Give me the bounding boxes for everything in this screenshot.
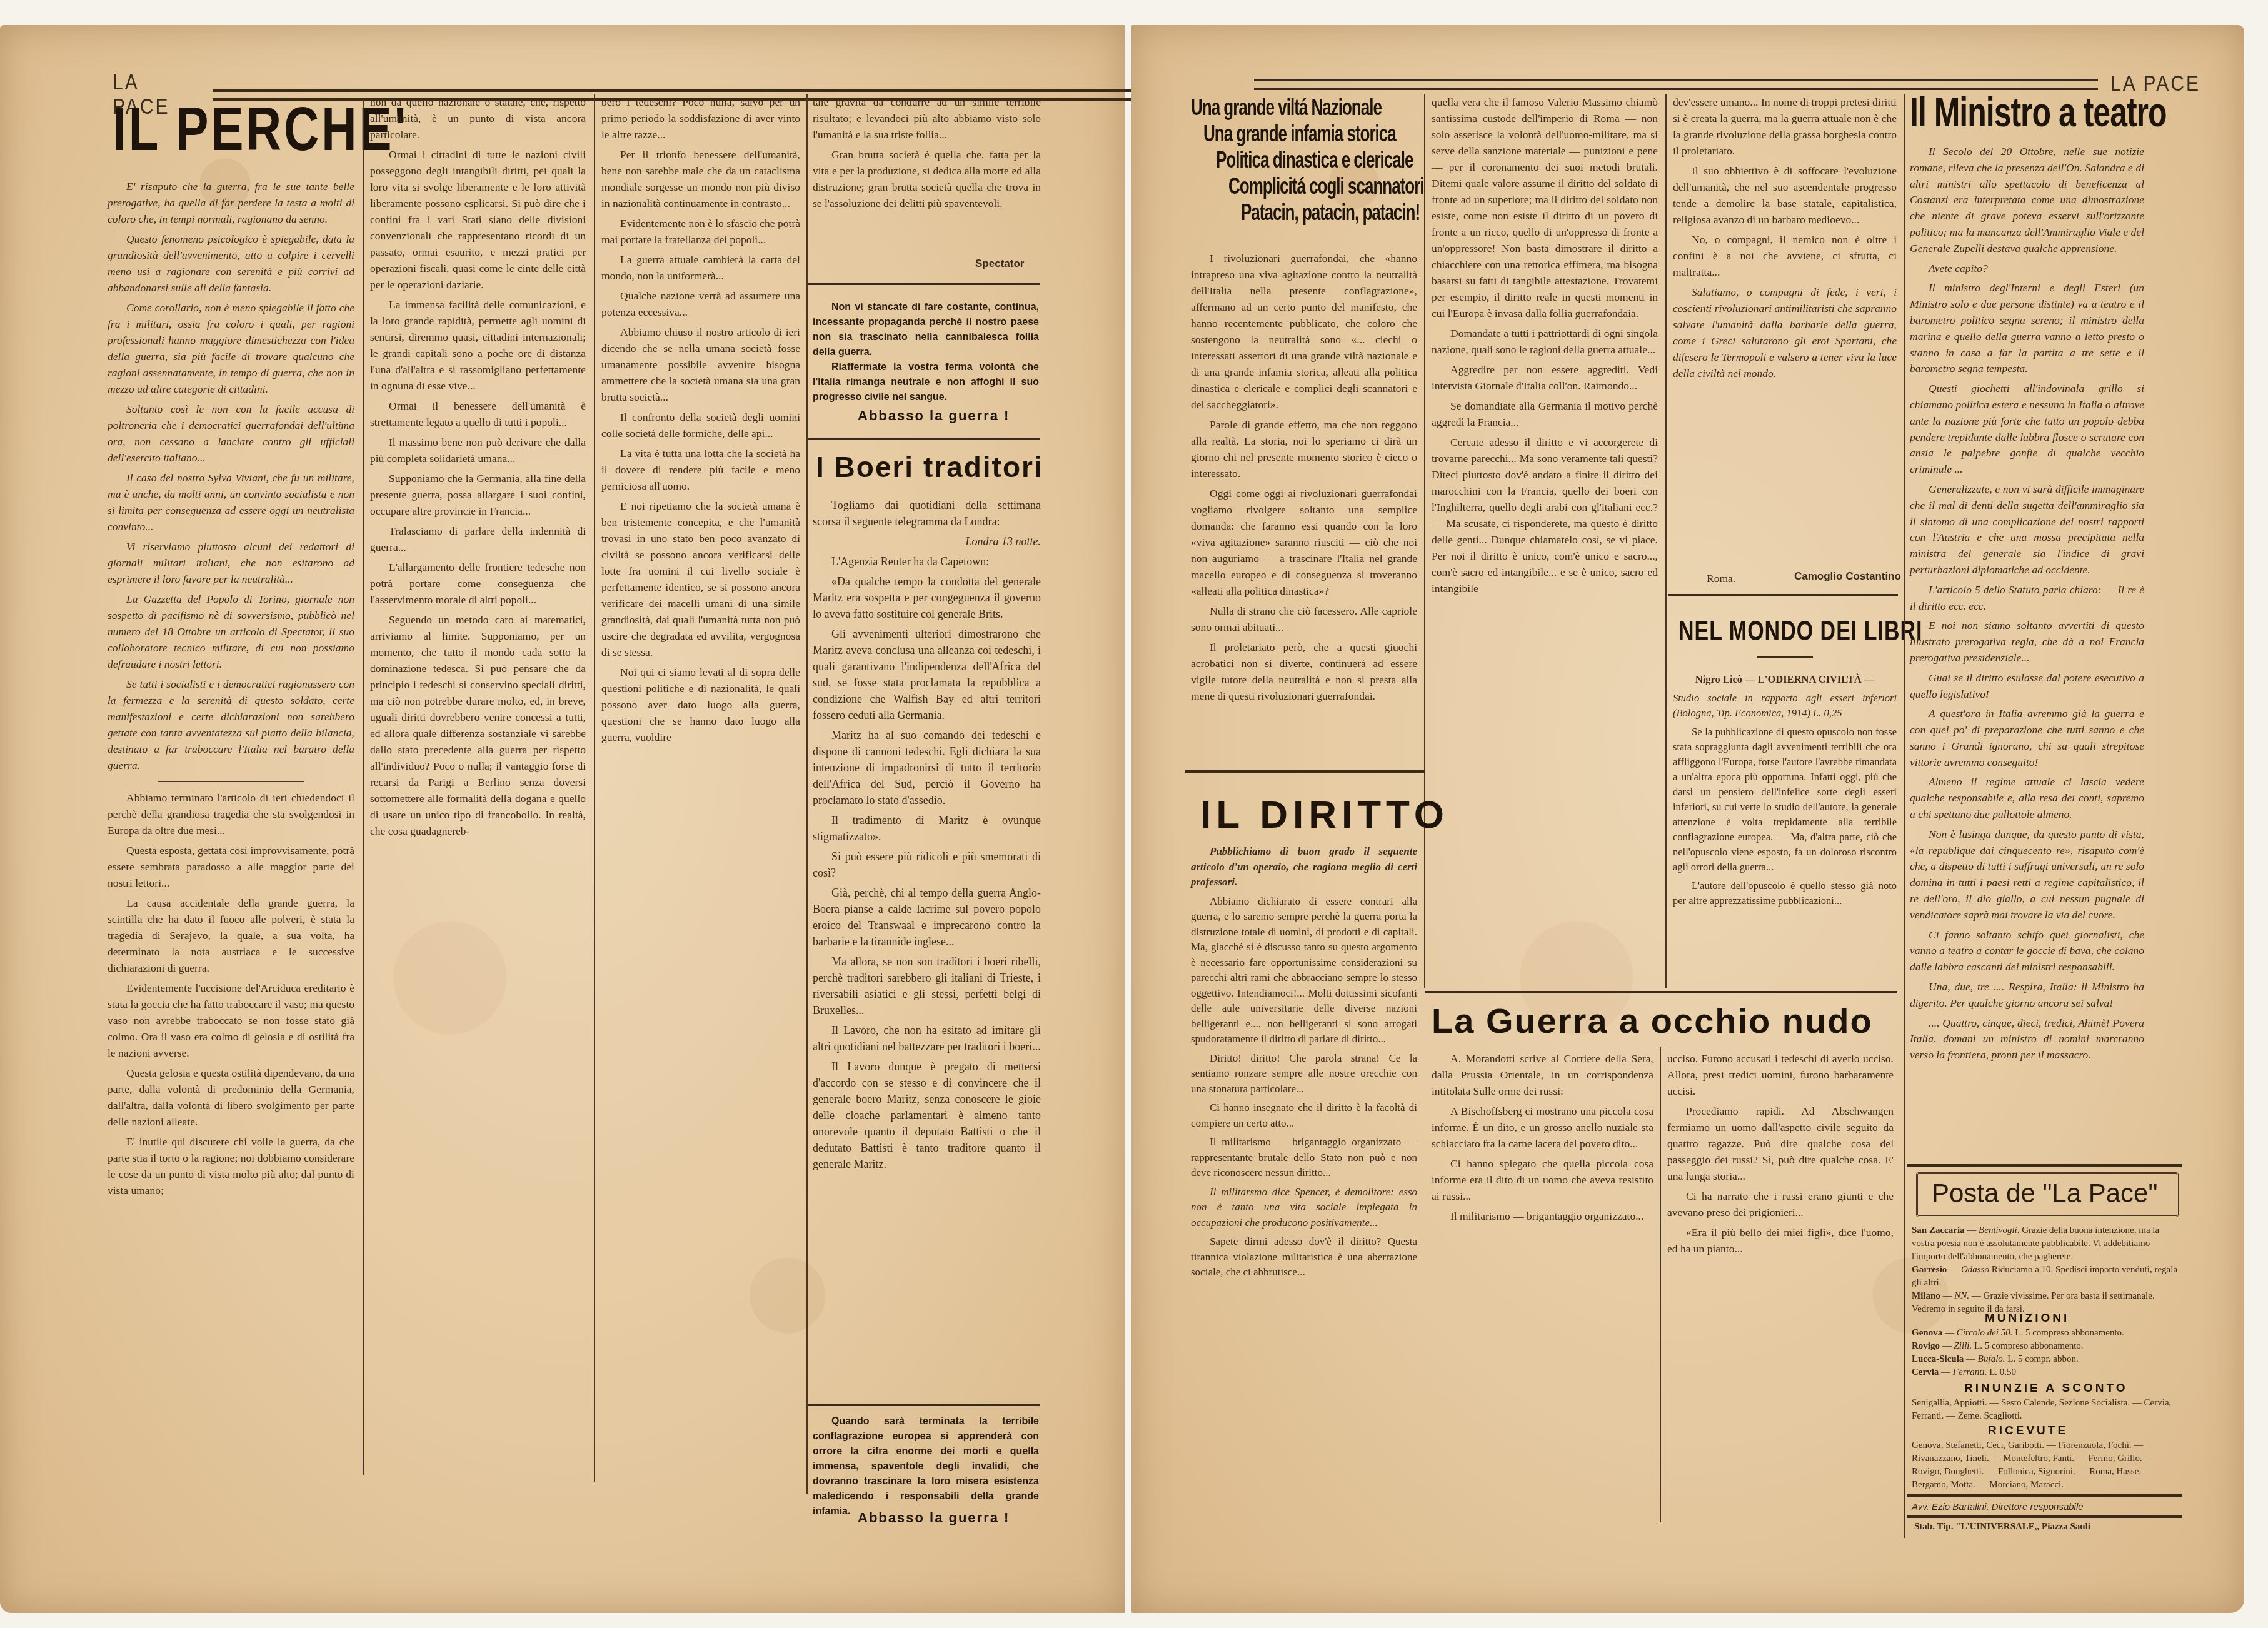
paragraph: Il tradimento di Maritz è ovunque stigma…: [813, 812, 1041, 845]
signature-camoglio: Camoglio Costantino: [1794, 570, 1901, 583]
paragraph: E' risaputo che la guerra, fra le sue ta…: [108, 178, 354, 227]
book-citation: Nigro Licò — L'ODIERNA CIVILTÀ —: [1673, 672, 1897, 687]
column-divider: [806, 94, 808, 1494]
paragraph: Il militarsmo dice Spencer, è demolitore…: [1191, 1185, 1417, 1231]
entry-text: L. 5 compreso abbonamento.: [1974, 1341, 2084, 1351]
column-divider: [1904, 94, 1905, 1538]
guerra-intro: A. Morandotti scrive al Corriere della S…: [1432, 1050, 1653, 1099]
perche-column-3: bero i tedeschi? Poco nulla, salvo per u…: [601, 94, 800, 749]
paragraph: La vita è tutta una lotta che la società…: [601, 445, 800, 494]
paragraph: bero i tedeschi? Poco nulla, salvo per u…: [601, 94, 800, 143]
entry-place: Garresio: [1912, 1265, 1947, 1275]
paragraph: L'autore dell'opuscolo è quello stesso g…: [1673, 878, 1897, 908]
paragraph: Il militarismo — brigantaggio organizzat…: [1432, 1208, 1653, 1224]
lead-article-column-1: I rivoluzionari guerrafondai, che «hanno…: [1191, 250, 1417, 708]
headline-il-diritto: IL DIRITTO: [1200, 793, 1449, 837]
paragraph: Ma allora, se non son traditori i boeri …: [813, 953, 1041, 1018]
paragraph: Soltanto così le non con la facile accus…: [108, 401, 354, 466]
paragraph: Oggi come oggi ai rivoluzionari guerrafo…: [1191, 485, 1417, 599]
perche-column-4: tale gravità da condurre ad un simile te…: [813, 94, 1041, 215]
slogan-abbasso-la-guerra: Abbasso la guerra !: [858, 408, 1010, 424]
boeri-intro: Togliamo dai quotidiani della settimana …: [813, 497, 1041, 530]
entry-place: Milano: [1912, 1291, 1940, 1301]
paragraph: Tralasciamo di parlare della indennità d…: [370, 523, 586, 555]
paragraph: E noi ripetiamo che la società umana è b…: [601, 498, 800, 660]
column-divider: [594, 94, 595, 1482]
paragraph: Quando sarà terminata la terribile confl…: [813, 1414, 1039, 1519]
paragraph: Riaffermate la vostra ferma volontà che …: [813, 360, 1039, 405]
paragraph: Questi giochetti all'indovinala grillo s…: [1910, 381, 2144, 478]
munizioni-entry: Rovigo — Zilli. L. 5 compreso abbonament…: [1912, 1340, 2182, 1353]
paragraph: Il Lavoro, che non ha esitato ad imitare…: [813, 1022, 1041, 1055]
paragraph: Se tutti i socialisti e i democratici ra…: [108, 676, 354, 773]
paragraph: Evidentemente l'uccisione del'Arciduca e…: [108, 980, 354, 1061]
paragraph: Noi qui ci siamo levati al di sopra dell…: [601, 664, 800, 745]
entry-name: Bufalo.: [1978, 1354, 2005, 1364]
entry-text: L. 0.50: [1989, 1367, 2016, 1377]
paragraph: No, o compagni, il nemico non è oltre i …: [1673, 231, 1897, 280]
paragraph: Questa esposta, gettata così improvvisam…: [108, 842, 354, 891]
boeri-article: Togliamo dai quotidiani della settimana …: [813, 497, 1041, 1176]
guerra-nudo-column-2: ucciso. Furono accusati i tedeschi di av…: [1667, 1050, 1894, 1260]
headline-nel-mondo-dei-libri: NEL MONDO DEI LIBRI: [1678, 616, 1923, 648]
column-divider: [1424, 94, 1425, 988]
perche-column-2: non da quello nazionale o statale, che, …: [370, 94, 586, 843]
section-rule: [1185, 770, 1425, 773]
entry-text: Grazie vivissime. Per ora basta il setti…: [1912, 1291, 2155, 1314]
section-rule: [1668, 594, 1898, 596]
place-roma: Roma.: [1707, 570, 1735, 586]
paragraph: Vi riserviamo piuttosto alcuni dei redat…: [108, 538, 354, 587]
paragraph: Guai se il diritto esulasse dal potere e…: [1910, 670, 2144, 703]
paragraph: Diritto! diritto! Che parola strana! Ce …: [1191, 1051, 1417, 1097]
section-rule: [1425, 991, 1897, 993]
paragraph: Già, perchè, chi al tempo della guerra A…: [813, 885, 1041, 950]
paragraph: Avete capito?: [1910, 261, 2144, 277]
paragraph: quella vera che il famoso Valerio Massim…: [1432, 94, 1658, 321]
paragraph: tale gravità da condurre ad un simile te…: [813, 94, 1041, 143]
subhead-rinunzie: RINUNZIE A SCONTO: [1964, 1382, 2128, 1395]
headline-boeri-traditori: I Boeri traditori: [816, 450, 1043, 484]
paragraph: Abbiamo terminato l'articolo di ieri chi…: [108, 790, 354, 838]
paragraph: non da quello nazionale o statale, che, …: [370, 94, 586, 143]
director-line: Avv. Ezio Bartalini, Direttore responsab…: [1912, 1500, 2084, 1514]
section-rule: [1907, 1494, 2182, 1497]
subhead-munizioni: MUNIZIONI: [1985, 1312, 2069, 1325]
paragraph: L'allargamento delle frontiere tedesche …: [370, 559, 586, 608]
slogan-abbasso-la-guerra: Abbasso la guerra !: [858, 1510, 1010, 1526]
diritto-intro: Pubblichiamo di buon grado il seguente a…: [1191, 844, 1417, 890]
paragraph: Sapete dirmi adesso dov'è il diritto? Qu…: [1191, 1234, 1417, 1280]
paragraph: Il ministro degl'Interni e degli Esteri …: [1910, 280, 2144, 377]
paragraph: «Era il più bello dei miei figli», dice …: [1667, 1224, 1894, 1257]
entry-place: San Zaccaria: [1912, 1225, 1965, 1235]
section-rule: [1907, 1164, 2182, 1167]
ministro-article: Il Secolo del 20 Ottobre, nelle sue noti…: [1910, 144, 2144, 1067]
entry-place: Lucca-Sicula: [1912, 1354, 1964, 1364]
entry-place: Cervia: [1912, 1367, 1939, 1377]
paragraph: Aggredire per non essere aggrediti. Vedi…: [1432, 361, 1658, 394]
entry-name: Ferranti.: [1953, 1367, 1987, 1377]
paragraph: Il Secolo del 20 Ottobre, nelle sue noti…: [1910, 144, 2144, 257]
short-rule: [1757, 656, 1813, 658]
paragraph: Salutiamo, o compagni di fede, i veri, i…: [1673, 284, 1897, 381]
rinunzie-text: Senigallia, Appiotti. — Sesto Calende, S…: [1912, 1397, 2182, 1423]
book-subtitle: Studio sociale in rapporto agli esseri i…: [1673, 691, 1897, 721]
paragraph: Questa gelosia e questa ostilità dipende…: [108, 1065, 354, 1130]
headline-stack: Una grande viltá Nazionale Una grande in…: [1191, 94, 1441, 225]
headline-il-perche: IL PERCHE': [113, 94, 408, 165]
paragraph: Si può essere più ridicoli e più smemora…: [813, 848, 1041, 881]
paragraph: Una, due, tre .... Respira, Italia: il M…: [1910, 979, 2144, 1012]
section-rule: [1907, 1515, 2182, 1518]
posta-entry: San Zaccaria — Bentivogli. Grazie della …: [1912, 1224, 2182, 1264]
paragraph: Come corollario, non è meno spiegabile i…: [108, 299, 354, 397]
paragraph: Il suo obbiettivo è di soffocare l'evolu…: [1673, 163, 1897, 228]
posta-entries: San Zaccaria — Bentivogli. Grazie della …: [1912, 1224, 2182, 1316]
paragraph: Ci hanno spiegato che quella piccola cos…: [1432, 1155, 1653, 1204]
entry-place: Genova: [1912, 1328, 1942, 1338]
column-divider: [1660, 1047, 1661, 1522]
paragraph: La immensa facilità delle comunicazioni,…: [370, 296, 586, 394]
paragraph: Supponiamo che la Germania, alla fine de…: [370, 470, 586, 519]
entry-text: L. 5 compr. abbon.: [2007, 1354, 2078, 1364]
book-title: — L'ODIERNA CIVILTÀ —: [1745, 673, 1874, 685]
section-rule: [808, 1404, 1040, 1406]
entry-name: Zilli.: [1954, 1341, 1972, 1351]
paragraph: A Bischoffsberg ci mostrano una piccola …: [1432, 1103, 1653, 1152]
entry-name: Bentivogli: [1979, 1225, 2017, 1235]
paragraph: Nulla di strano che ciò facessero. Alle …: [1191, 603, 1417, 635]
munizioni-entry: Lucca-Sicula — Bufalo. L. 5 compr. abbon…: [1912, 1353, 2182, 1366]
munizioni-list: Genova — Circolo dei 50. L. 5 compreso a…: [1912, 1327, 2182, 1379]
conflagrazione-box: Quando sarà terminata la terribile confl…: [813, 1414, 1039, 1519]
paragraph: La guerra attuale cambierà la carta del …: [601, 251, 800, 284]
paragraph: Il Lavoro dunque è pregato di mettersi d…: [813, 1058, 1041, 1172]
paragraph: Il caso del nostro Sylva Viviani, che fu…: [108, 470, 354, 535]
paragraph: Il militarismo — brigantaggio organizzat…: [1191, 1135, 1417, 1181]
paragraph: «Da qualche tempo la condotta del genera…: [813, 573, 1041, 622]
posta-entry: Garresio — Odasso Riduciamo a 10. Spedis…: [1912, 1264, 2182, 1290]
posta-title: Posta de "La Pace": [1932, 1178, 2157, 1208]
paragraph: dev'essere umano... In nome di troppi pr…: [1673, 94, 1897, 159]
paragraph: E' inutile qui discutere chi volle la gu…: [108, 1133, 354, 1198]
paragraph: Parole di grande effetto, ma che non reg…: [1191, 416, 1417, 481]
paragraph: Il confronto della società degli uomini …: [601, 409, 800, 441]
column-divider: [363, 100, 364, 1475]
paragraph: Ci hanno insegnato che il diritto è la f…: [1191, 1100, 1417, 1131]
printer-line: Stab. Tip. "L'UINIVERSALE,, Piazza Sauli: [1914, 1520, 2090, 1534]
headline-il-ministro-a-teatro: Il Ministro a teatro: [1910, 88, 2167, 136]
paragraph: Ormai il benessere dell'umanità è strett…: [370, 398, 586, 430]
paragraph: Seguendo un metodo caro ai matematici, a…: [370, 611, 586, 839]
subhead-ricevute: RICEVUTE: [1988, 1424, 2068, 1438]
entry-place: Rovigo: [1912, 1341, 1940, 1351]
headline-line: Patacin, patacin, patacin!: [1191, 193, 1441, 231]
guerra-nudo-column-1: A. Morandotti scrive al Corriere della S…: [1432, 1050, 1653, 1228]
munizioni-entry: Cervia — Ferranti. L. 0.50: [1912, 1366, 2182, 1379]
paragraph: Generalizzate, e non vi sarà difficile i…: [1910, 481, 2144, 578]
paragraph: Domandate a tutti i pattriottardi di ogn…: [1432, 325, 1658, 358]
book-author: Nigro Licò: [1695, 673, 1742, 685]
lead-article-column-3: dev'essere umano... In nome di troppi pr…: [1673, 94, 1897, 385]
paragraph: Il massimo bene non può derivare che dal…: [370, 434, 586, 466]
paragraph: La causa accidentale della grande guerra…: [108, 895, 354, 976]
paragraph: Ci ha narrato che i russi erano giunti e…: [1667, 1188, 1894, 1220]
paragraph: Qualche nazione verrà ad assumere una po…: [601, 288, 800, 320]
paragraph: E noi non siamo soltanto avvertiti di qu…: [1910, 618, 2144, 666]
paragraph: ucciso. Furono accusati i tedeschi di av…: [1667, 1050, 1894, 1099]
ricevute-text: Genova, Stefanetti, Ceci, Garibotti. — F…: [1912, 1439, 2182, 1492]
paragraph: Evidentemente non è lo sfascio che potrà…: [601, 215, 800, 248]
propaganda-box: Non vi stancate di fare costante, contin…: [813, 300, 1039, 405]
paragraph: Per il trionfo benessere dell'umanità, b…: [601, 146, 800, 211]
entry-text: Riduciamo a 10. Spedisci importo venduti…: [1912, 1265, 2177, 1288]
column-divider: [1665, 94, 1667, 988]
headline-la-guerra-a-occhio-nudo: La Guerra a occhio nudo: [1432, 1000, 1873, 1041]
libri-article: Nigro Licò — L'ODIERNA CIVILTÀ — Studio …: [1673, 672, 1897, 912]
dateline: Londra 13 notte.: [813, 533, 1041, 550]
paragraph: Non è lusinga dunque, da questo punto di…: [1910, 827, 2144, 923]
paragraph: Gran brutta società è quella che, fatta …: [813, 146, 1041, 211]
paragraph: Questo fenomeno psicologico è spiegabile…: [108, 231, 354, 296]
entry-text: L. 5 compreso abbonamento.: [2015, 1328, 2124, 1338]
paragraph: La Gazzetta del Popolo di Torino, giorna…: [108, 591, 354, 672]
entry-name: Circolo dei 50.: [1957, 1328, 2013, 1338]
paragraph: Abbiamo chiuso il nostro articolo di ier…: [601, 324, 800, 405]
paragraph: Cercate adesso il diritto e vi accorgere…: [1432, 434, 1658, 596]
paragraph: L'Agenzia Reuter ha da Capetown:: [813, 553, 1041, 570]
section-rule: [808, 438, 1040, 440]
perche-column-1: E' risaputo che la guerra, fra le sue ta…: [108, 178, 354, 1202]
paragraph: Maritz ha al suo comando dei tedeschi e …: [813, 727, 1041, 808]
diritto-article: Pubblichiamo di buon grado il seguente a…: [1191, 844, 1417, 1284]
munizioni-entry: Genova — Circolo dei 50. L. 5 compreso a…: [1912, 1327, 2182, 1340]
paragraph: Gli avvenimenti ulteriori dimostrarono c…: [813, 626, 1041, 723]
paragraph: Procediamo rapidi. Ad Abschwangen fermia…: [1667, 1103, 1894, 1184]
paragraph: Non vi stancate di fare costante, contin…: [813, 300, 1039, 360]
entry-name: Odasso: [1961, 1265, 1989, 1275]
paragraph: Almeno il regime attuale ci lascia veder…: [1910, 774, 2144, 822]
entry-name: NN.: [1954, 1291, 1969, 1301]
paragraph: .... Quattro, cinque, dieci, tredici, Ah…: [1910, 1015, 2144, 1063]
section-rule: [808, 283, 1040, 285]
paragraph: A quest'ora in Italia avremmo già la gue…: [1910, 706, 2144, 770]
paragraph: Se domandiate alla Germania il motivo pe…: [1432, 398, 1658, 430]
paragraph: Ormai i cittadini di tutte le nazioni ci…: [370, 146, 586, 293]
paragraph: L'articolo 5 dello Statuto parla chiaro:…: [1910, 582, 2144, 615]
paragraph: Se la pubblicazione di questo opuscolo n…: [1673, 725, 1897, 875]
paragraph: Ci fanno soltanto schifo quei giornalist…: [1910, 927, 2144, 975]
lead-article-column-2: quella vera che il famoso Valerio Massim…: [1432, 94, 1658, 600]
paragraph: Il proletariato però, che a questi giuoc…: [1191, 639, 1417, 704]
paragraph: I rivoluzionari guerrafondai, che «hanno…: [1191, 250, 1417, 413]
paragraph: Abbiamo dichiarato di essere contrari al…: [1191, 894, 1417, 1047]
signature-spectator: Spectator: [975, 258, 1024, 270]
